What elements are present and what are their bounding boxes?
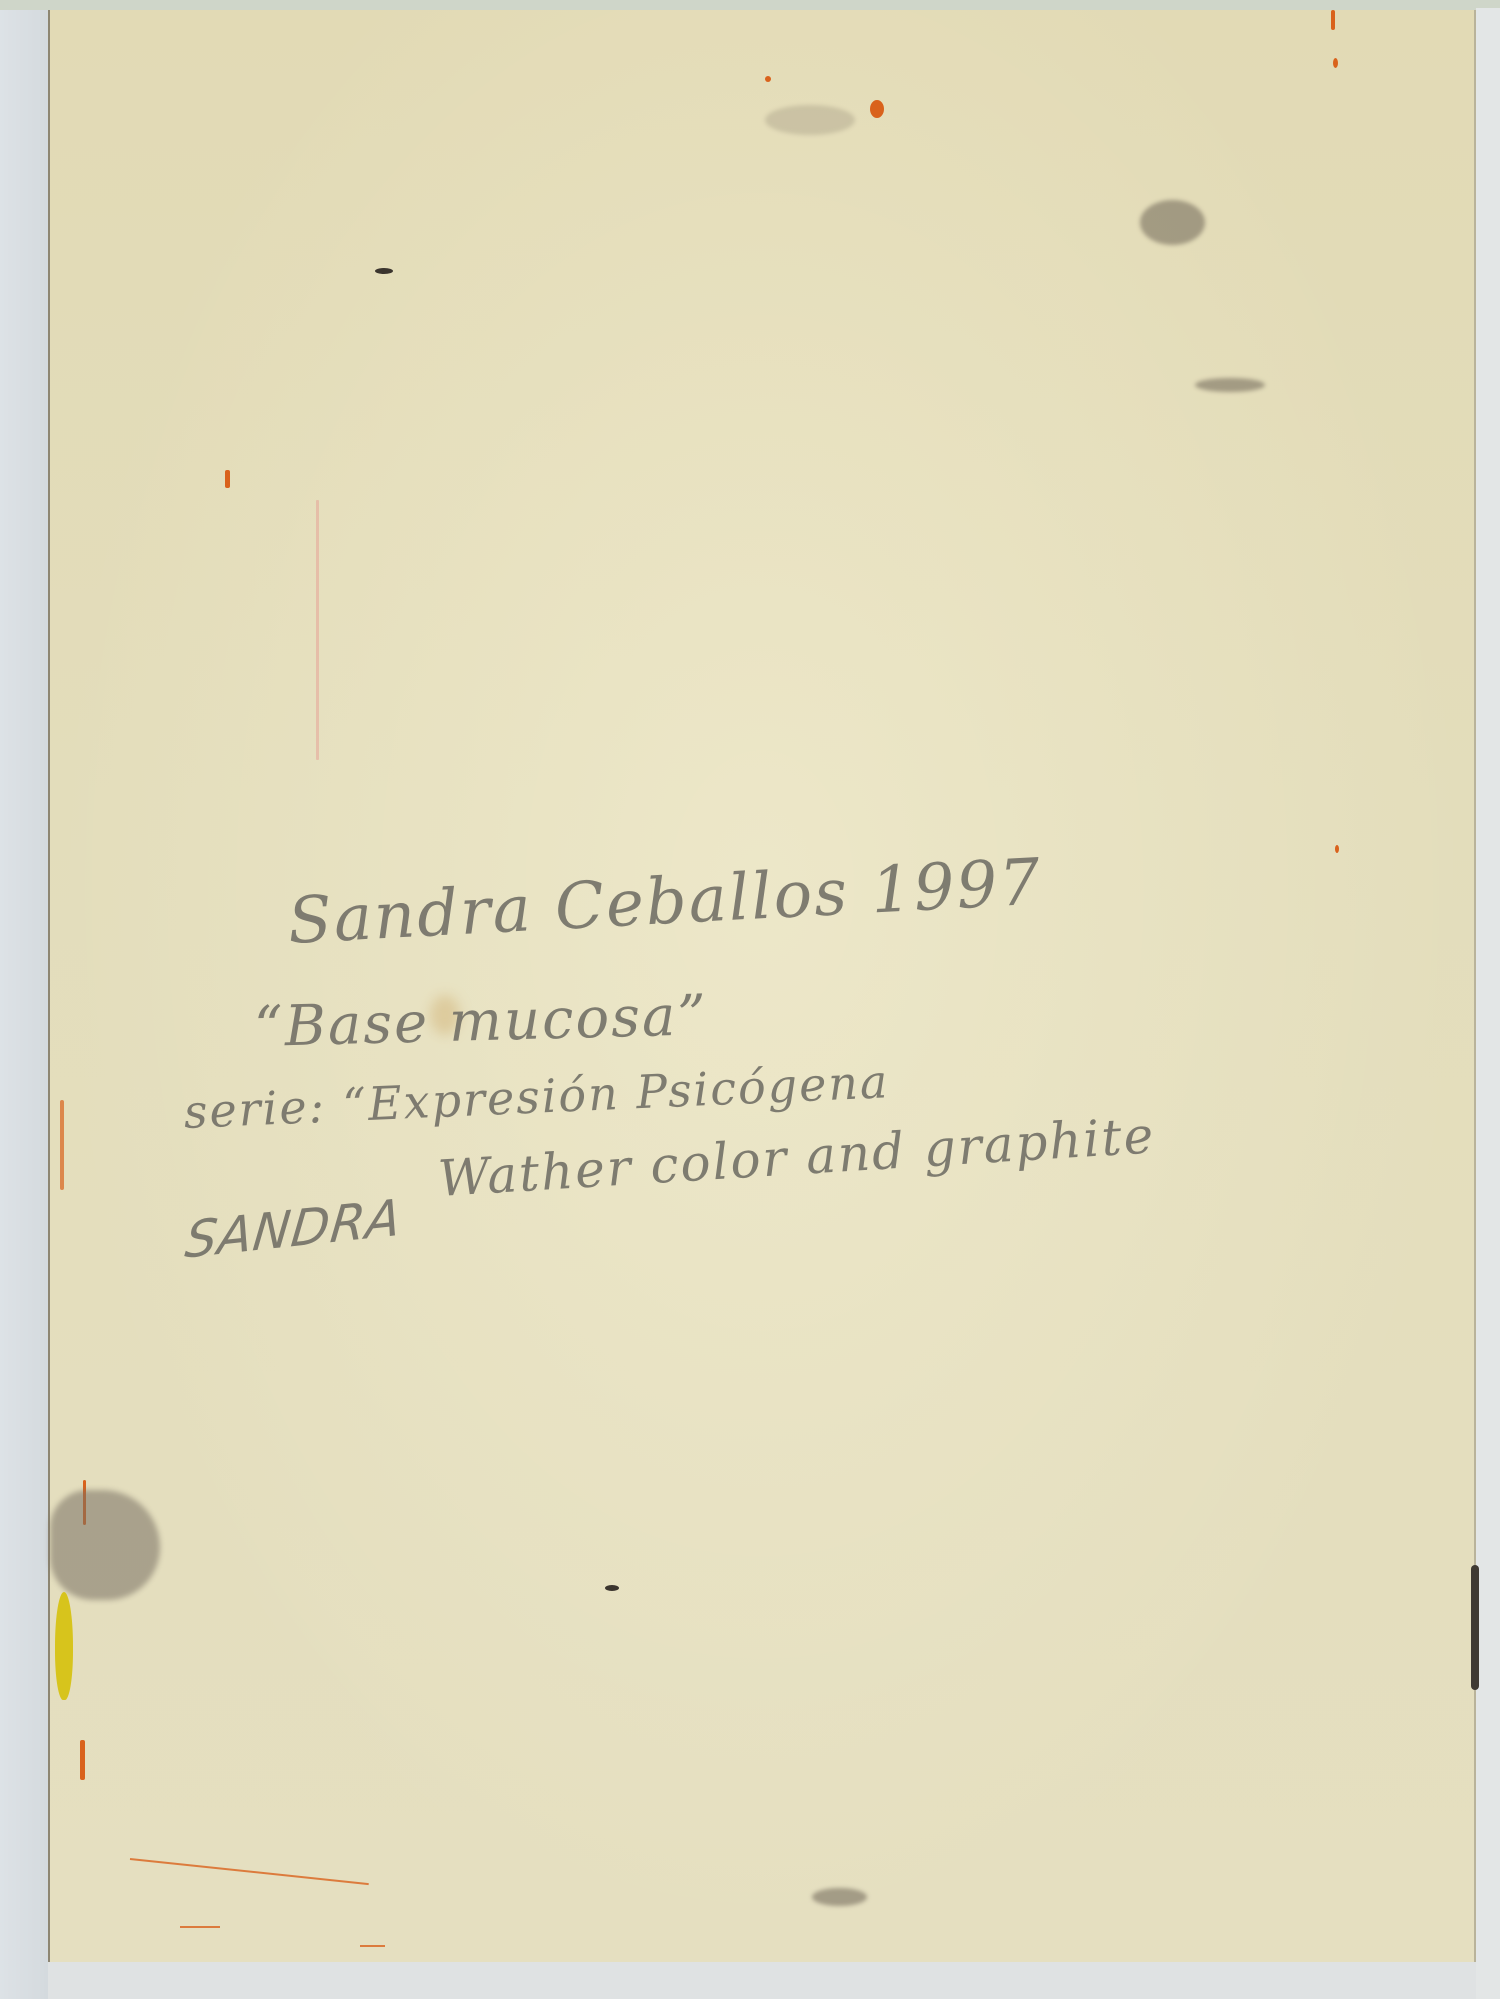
grey-smudge xyxy=(375,268,393,274)
orange-fleck xyxy=(225,470,230,488)
orange-fleck xyxy=(1331,10,1335,30)
orange-fleck xyxy=(60,1100,64,1190)
top-background-strip xyxy=(0,0,1500,10)
grey-smudge xyxy=(812,1888,867,1906)
orange-streak xyxy=(360,1945,385,1947)
yellow-paint-stroke xyxy=(55,1592,73,1700)
orange-fleck xyxy=(1333,58,1338,68)
orange-fleck xyxy=(80,1740,85,1780)
grey-smudge xyxy=(1140,200,1205,245)
grey-smudge xyxy=(605,1585,619,1591)
inscription-title: “Base mucosa” xyxy=(253,983,708,1060)
right-mat-border xyxy=(1476,8,1500,1999)
orange-fleck xyxy=(870,100,884,118)
artwork-paper-back xyxy=(48,10,1476,1962)
left-mat-border xyxy=(0,10,48,1999)
orange-fleck xyxy=(1335,845,1339,853)
torn-edge xyxy=(1471,1565,1479,1690)
orange-streak xyxy=(180,1926,220,1928)
grey-smudge xyxy=(1195,378,1265,392)
grey-water-stain xyxy=(50,1490,160,1600)
orange-fleck xyxy=(765,76,771,82)
grey-smudge xyxy=(765,105,855,135)
pink-line xyxy=(316,500,319,760)
